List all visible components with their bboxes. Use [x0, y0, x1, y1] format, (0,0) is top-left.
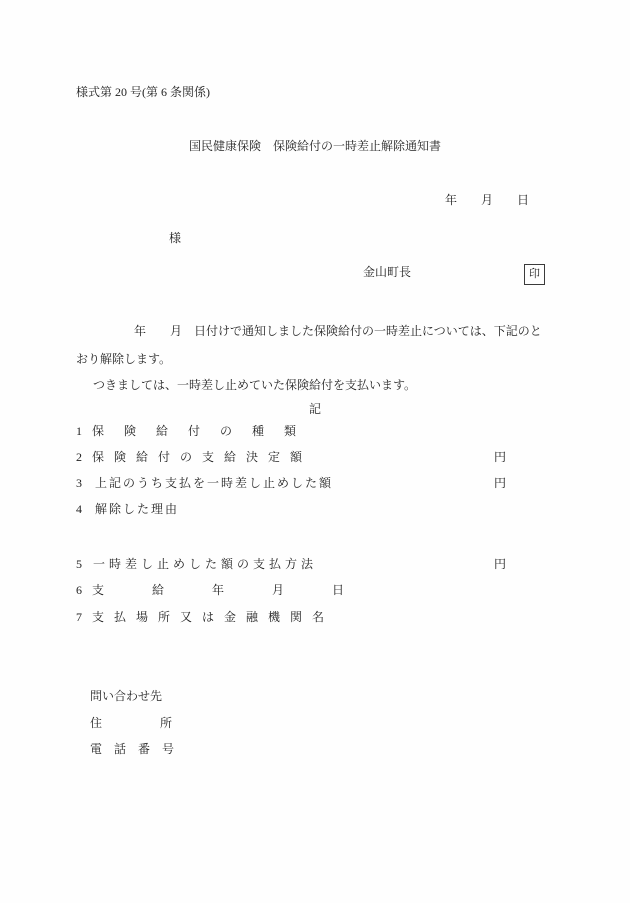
- item-unit-yen: 円: [494, 451, 506, 463]
- body-line-1: 年 月 日付けで通知しました保険給付の一時差止については、下記のと: [134, 325, 542, 337]
- issuer-name: 金山町長: [363, 266, 411, 278]
- item-number: 5: [76, 558, 82, 570]
- contact-heading: 問い合わせ先: [90, 690, 162, 702]
- item-number: 1: [76, 425, 82, 437]
- body-line-3: つきましては、一時差し止めていた保険給付を支払います。: [93, 379, 416, 391]
- addressee-suffix: 様: [169, 232, 181, 244]
- seal-icon: 印: [529, 269, 540, 280]
- form-number: 様式第 20 号(第 6 条関係): [76, 86, 210, 98]
- item-number: 3: [76, 477, 82, 489]
- document-page: 様式第 20 号(第 6 条関係) 国民健康保険 保険給付の一時差止解除通知書 …: [0, 0, 630, 903]
- body-line-2: おり解除します。: [76, 353, 171, 365]
- item-label: 解除した理由: [95, 503, 179, 515]
- item-label: 支払場所又は金融機関名: [92, 611, 334, 623]
- contact-address-label: 住 所: [90, 717, 174, 729]
- item-label: 保険給付の種類: [92, 425, 316, 437]
- issue-date-placeholder: 年 月 日: [445, 194, 529, 206]
- item-number: 2: [76, 451, 82, 463]
- seal-box: 印: [524, 264, 545, 285]
- item-number: 6: [76, 584, 82, 596]
- item-label: 保険給付の支給決定額: [92, 451, 312, 463]
- item-unit-yen: 円: [494, 558, 506, 570]
- item-label: 上記のうち支払を一時差し止めした額: [95, 477, 333, 489]
- item-unit-yen: 円: [494, 477, 506, 489]
- record-marker: 記: [0, 403, 630, 415]
- contact-phone-label: 電話番号: [90, 743, 186, 755]
- item-label: 支 給 年 月 日: [92, 584, 344, 596]
- item-label: 一時差し止めした額の支払方法: [93, 558, 317, 570]
- document-title: 国民健康保険 保険給付の一時差止解除通知書: [0, 140, 630, 152]
- item-number: 7: [76, 611, 82, 623]
- item-number: 4: [76, 503, 82, 515]
